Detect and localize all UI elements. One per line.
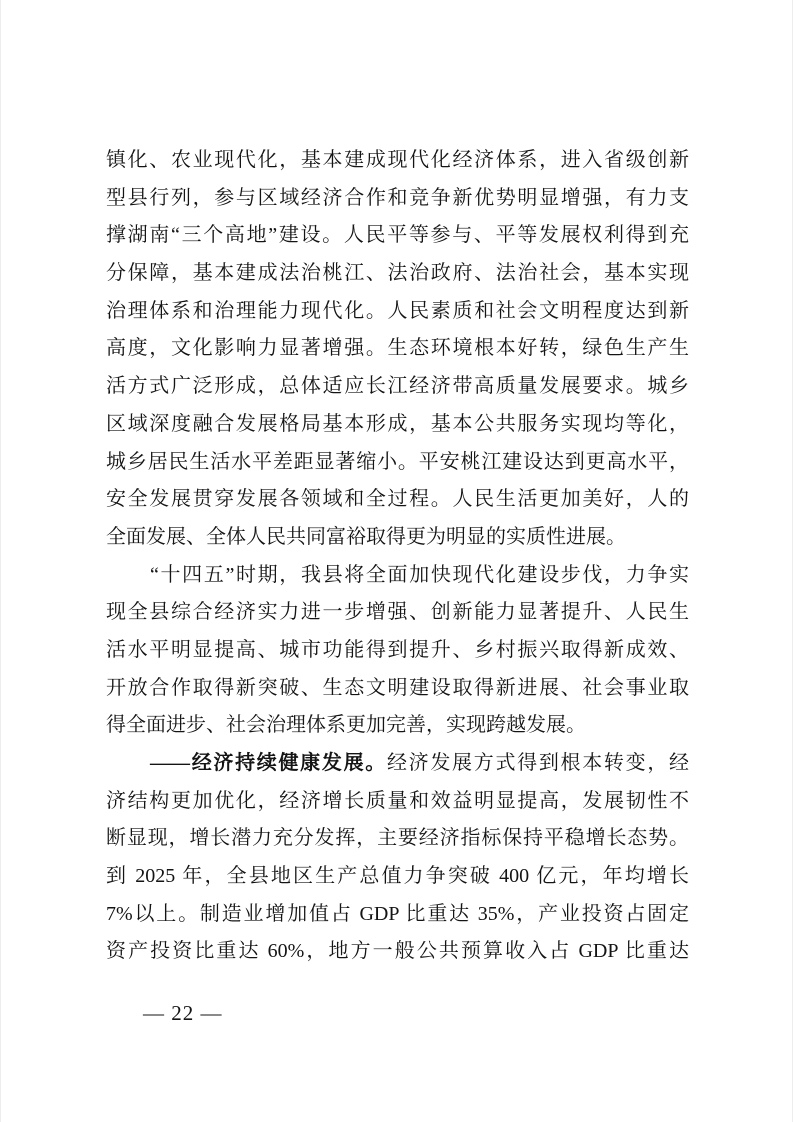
text-line: 活水平明显提高、城市功能得到提升、乡村振兴取得新成效、 [106,632,689,670]
text-run: 撑湖南“三个高地”建设。人民平等参与、平等发展权利得到充 [106,224,689,246]
text-line: 城乡居民生活水平差距显著缩小。平安桃江建设达到更高水平， [106,444,689,482]
text-line: 7%以上。制造业增加值占 GDP 比重达 35%，产业投资占固定 [106,896,689,934]
text-line: 济结构更加优化，经济增长质量和效益明显提高，发展韧性不 [106,783,689,821]
text-line: 活方式广泛形成，总体适应长江经济带高质量发展要求。城乡 [106,368,689,406]
text-run: 治理体系和治理能力现代化。人民素质和社会文明程度达到新 [106,300,689,322]
text-line: 得全面进步、社会治理体系更加完善，实现跨越发展。 [106,707,689,745]
text-line: 区域深度融合发展格局基本形成，基本公共服务实现均等化， [106,406,689,444]
text-line: 现全县综合经济实力进一步增强、创新能力显著提升、人民生 [106,594,689,632]
text-run: 型县行列，参与区域经济合作和竞争新优势明显增强，有力支 [106,187,689,209]
text-run: 开放合作取得新突破、生态文明建设取得新进展、社会事业取 [106,677,689,699]
text-line: ——经济持续健康发展。经济发展方式得到根本转变，经 [106,745,689,783]
text-run: 活方式广泛形成，总体适应长江经济带高质量发展要求。城乡 [106,375,689,397]
text-line: 型县行列，参与区域经济合作和竞争新优势明显增强，有力支 [106,180,689,218]
text-line: “十四五”时期，我县将全面加快现代化建设步伐，力争实 [106,557,689,595]
page-number: — 22 — [143,998,223,1028]
text-run: 得全面进步、社会治理体系更加完善，实现跨越发展。 [106,714,586,736]
text-line: 镇化、农业现代化，基本建成现代化经济体系，进入省级创新 [106,142,689,180]
bold-text-run: ——经济持续健康发展。 [150,752,387,774]
text-run: 济结构更加优化，经济增长质量和效益明显提高，发展韧性不 [106,790,689,812]
text-line: 断显现，增长潜力充分发挥，主要经济指标保持平稳增长态势。 [106,820,689,858]
text-line: 到 2025 年，全县地区生产总值力争突破 400 亿元，年均增长 [106,858,689,896]
text-run: “十四五”时期，我县将全面加快现代化建设步伐，力争实 [150,564,689,586]
text-line: 分保障，基本建成法治桃江、法治政府、法治社会，基本实现 [106,255,689,293]
text-line: 开放合作取得新突破、生态文明建设取得新进展、社会事业取 [106,670,689,708]
text-run: 安全发展贯穿发展各领域和全过程。人民生活更加美好，人的 [106,488,689,510]
text-run: 镇化、农业现代化，基本建成现代化经济体系，进入省级创新 [106,149,689,171]
text-line: 全面发展、全体人民共同富裕取得更为明显的实质性进展。 [106,519,689,557]
text-run: 高度，文化影响力显著增强。生态环境根本好转，绿色生产生 [106,337,689,359]
text-run: 区域深度融合发展格局基本形成，基本公共服务实现均等化， [106,413,689,435]
text-line: 安全发展贯穿发展各领域和全过程。人民生活更加美好，人的 [106,481,689,519]
text-run: 现全县综合经济实力进一步增强、创新能力显著提升、人民生 [106,601,689,623]
text-run: 活水平明显提高、城市功能得到提升、乡村振兴取得新成效、 [106,639,689,661]
text-line: 资产投资比重达 60%，地方一般公共预算收入占 GDP 比重达 [106,933,689,971]
text-line: 治理体系和治理能力现代化。人民素质和社会文明程度达到新 [106,293,689,331]
text-line: 撑湖南“三个高地”建设。人民平等参与、平等发展权利得到充 [106,217,689,255]
text-run: 城乡居民生活水平差距显著缩小。平安桃江建设达到更高水平， [106,451,689,473]
text-run: 经济发展方式得到根本转变，经 [387,752,689,774]
document-text: 镇化、农业现代化，基本建成现代化经济体系，进入省级创新型县行列，参与区域经济合作… [106,142,689,971]
text-run: 7%以上。制造业增加值占 GDP 比重达 35%，产业投资占固定 [106,903,689,925]
text-line: 高度，文化影响力显著增强。生态环境根本好转，绿色生产生 [106,330,689,368]
text-run: 资产投资比重达 60%，地方一般公共预算收入占 GDP 比重达 [106,940,689,962]
text-run: 全面发展、全体人民共同富裕取得更为明显的实质性进展。 [106,526,626,548]
text-run: 到 2025 年，全县地区生产总值力争突破 400 亿元，年均增长 [106,865,689,887]
text-run: 断显现，增长潜力充分发挥，主要经济指标保持平稳增长态势。 [106,827,689,849]
document-page: 镇化、农业现代化，基本建成现代化经济体系，进入省级创新型县行列，参与区域经济合作… [0,0,793,1122]
text-run: 分保障，基本建成法治桃江、法治政府、法治社会，基本实现 [106,262,689,284]
